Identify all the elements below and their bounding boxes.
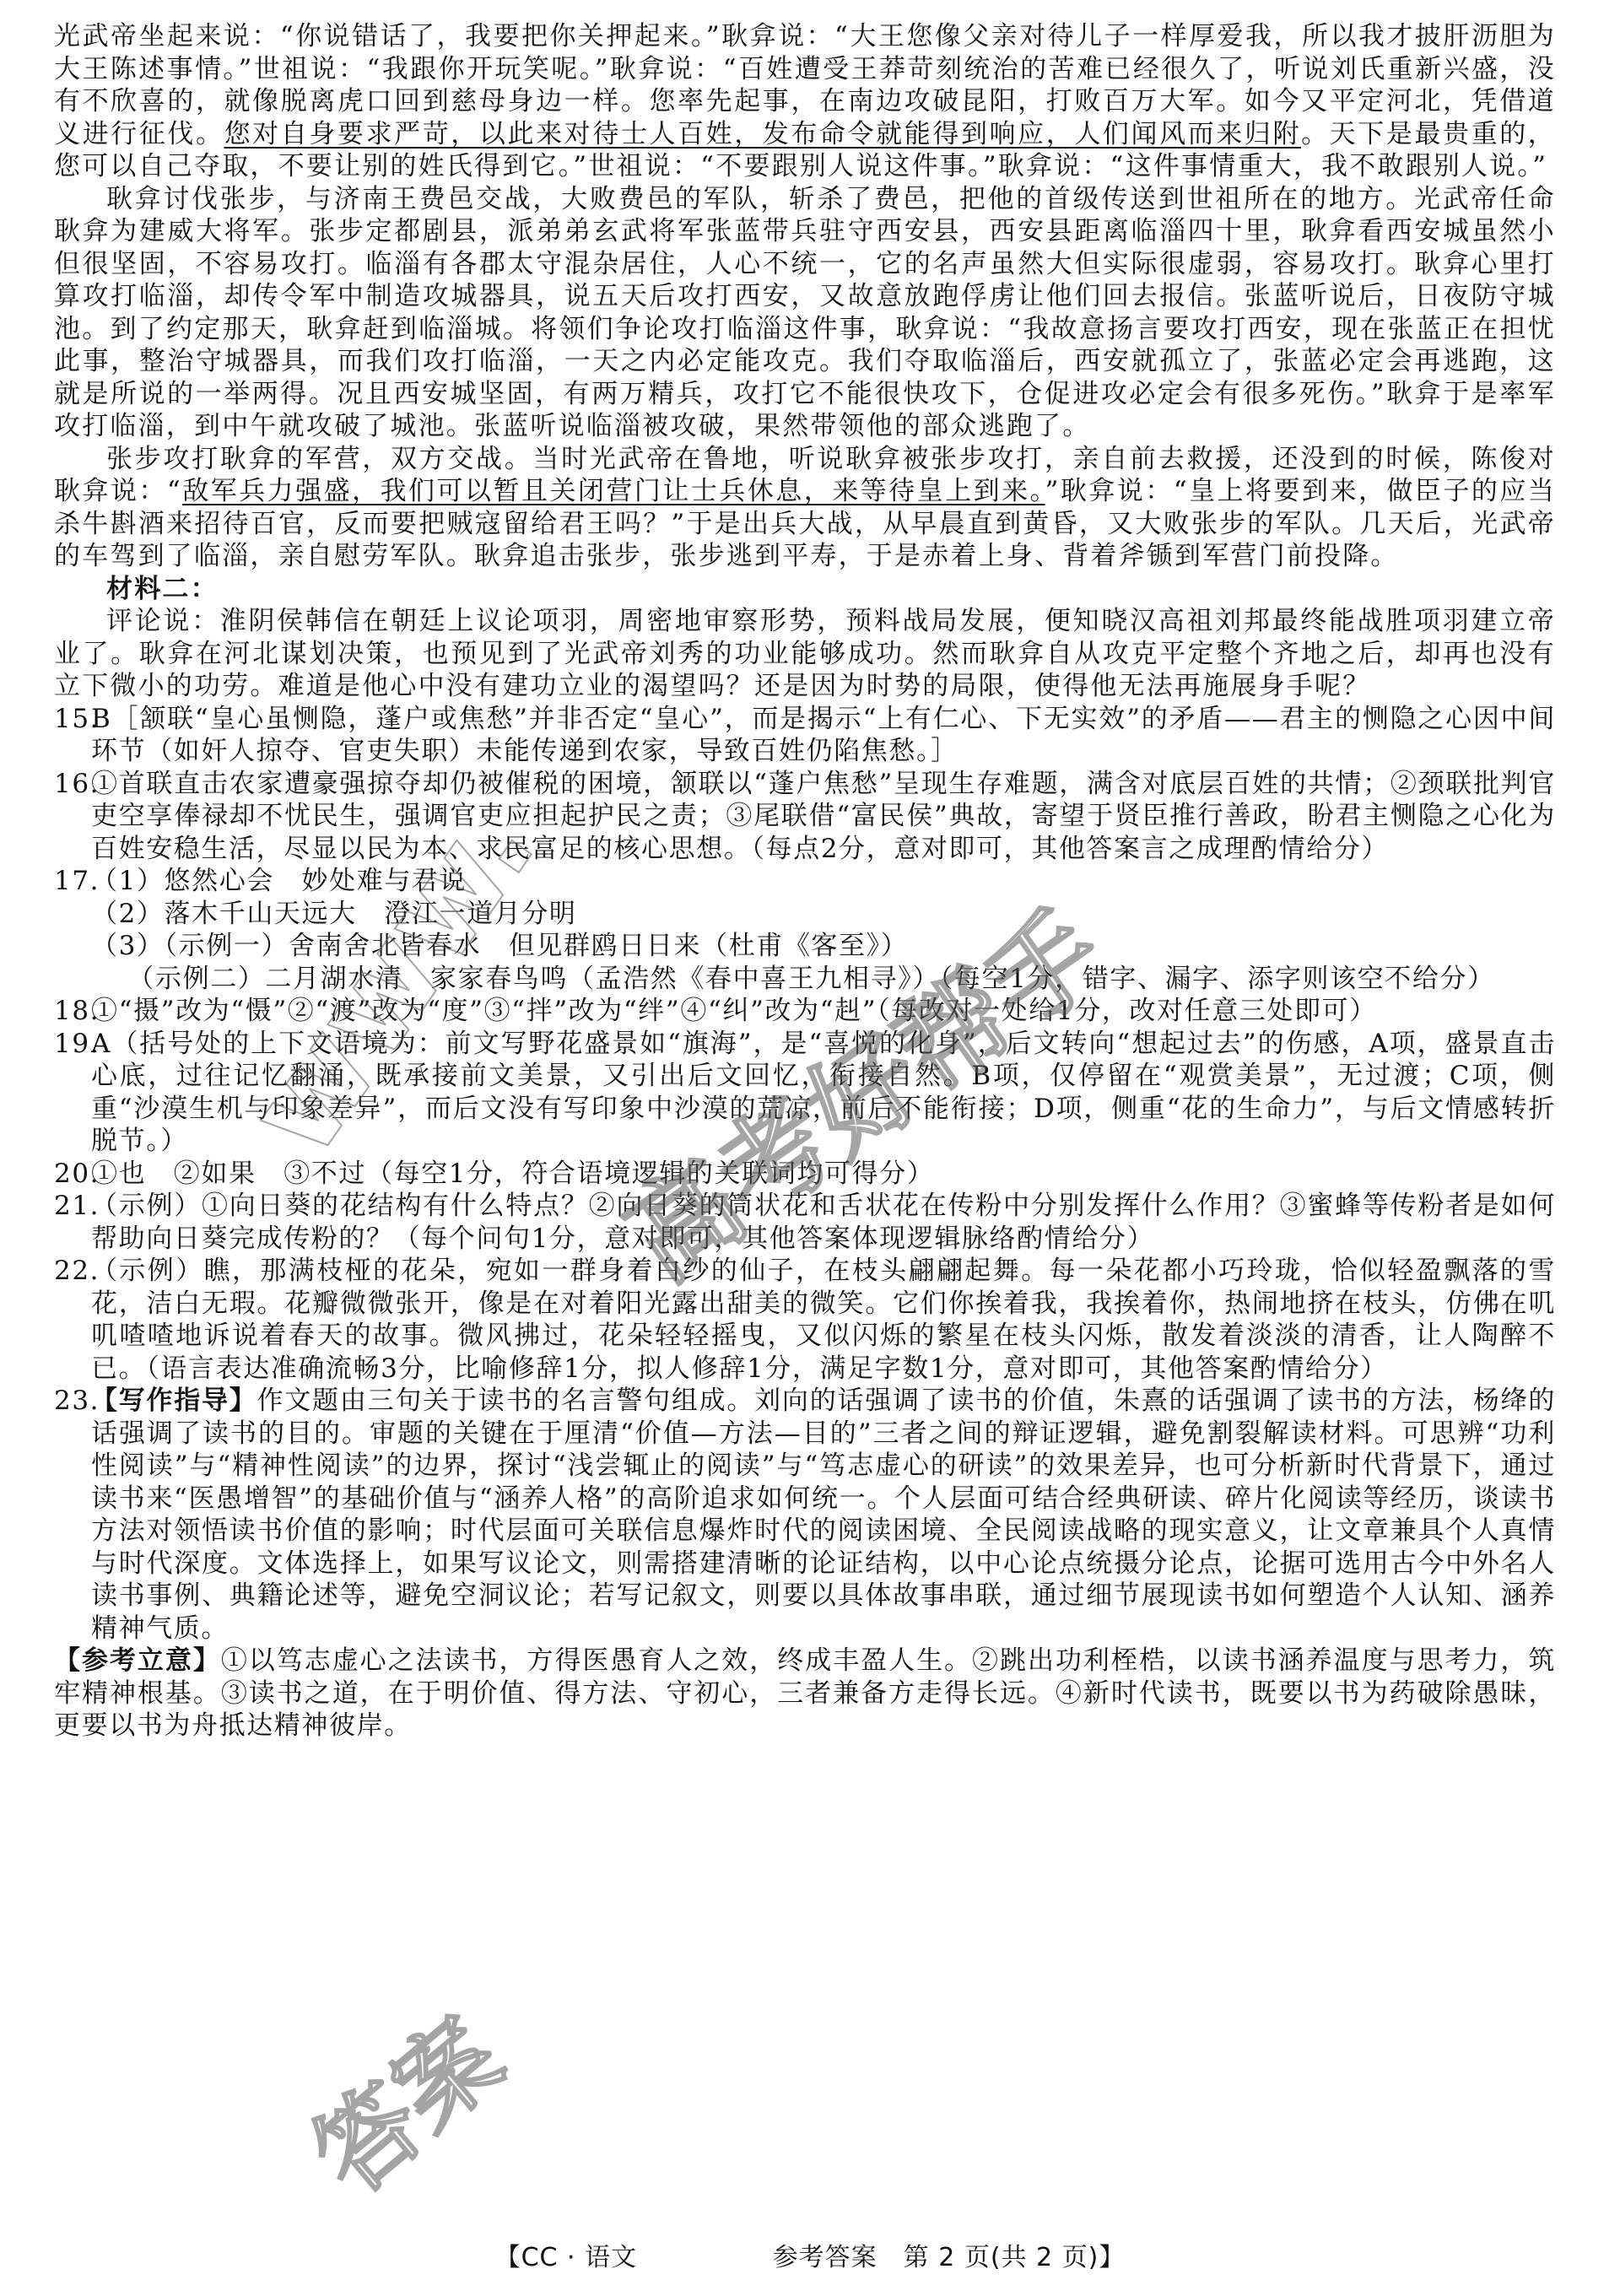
answer-22: 22. （示例）瞧，那满枝桠的花朵，宛如一群身着白纱的仙子，在枝头翩翩起舞。每一… — [54, 1255, 1556, 1385]
answer-list: 15. B［颔联“皇心虽恻隐，蓬户或焦愁”并非否定“皇心”，而是揭示“上有仁心、… — [54, 703, 1556, 1742]
paragraph-3: 张步攻打耿弇的军营，双方交战。当时光武帝在鲁地，听说耿弇被张步攻打，亲自前去救援… — [54, 443, 1556, 573]
question-number: 16. — [54, 768, 91, 866]
answer-text: （示例二）二月湖水清 家家春鸟鸣（孟浩然《春中喜王九相寻》）（每空1分，错字、漏… — [91, 963, 1556, 996]
writing-guidance: 【写作指导】作文题由三句关于读书的名言警句组成。刘向的话强调了读书的价值，朱熹的… — [91, 1385, 1556, 1645]
footer-subject-code: 【CC · 语文 — [495, 2236, 638, 2273]
answer-19: 19. A（括号处的上下文语境为：前文写野花盛景如“旗海”，是“喜悦的化身”，后… — [54, 1028, 1556, 1158]
question-number: 18. — [54, 995, 91, 1028]
watermark: 答案 — [278, 1980, 526, 2221]
answer-15: 15. B［颔联“皇心虽恻隐，蓬户或焦愁”并非否定“皇心”，而是揭示“上有仁心、… — [54, 703, 1556, 768]
answer-text: A（括号处的上下文语境为：前文写野花盛景如“旗海”，是“喜悦的化身”，后文转向“… — [91, 1028, 1556, 1158]
section-label: 【参考立意】 — [54, 1645, 221, 1676]
underlined-sentence: 您对自身要求严苛，以此来对待士人百姓，发布命令就能得到响应，人们闻风而来归附 — [224, 119, 1302, 149]
answer-text: （示例）瞧，那满枝桠的花朵，宛如一群身着白纱的仙子，在枝头翩翩起舞。每一朵花都小… — [91, 1255, 1556, 1385]
page-footer: 【CC · 语文 参考答案 第 2 页(共 2 页)】 — [0, 2236, 1620, 2273]
answer-text: （示例）①向日葵的花结构有什么特点？②向日葵的筒状花和舌状花在传粉中分别发挥什么… — [91, 1190, 1556, 1255]
answer-text: （2）落木千山天远大 澄江一道月分明 — [91, 898, 1556, 931]
material-two-heading: 材料二： — [54, 573, 1556, 606]
question-number: 20. — [54, 1158, 91, 1191]
answer-text: 作文题由三句关于读书的名言警句组成。刘向的话强调了读书的价值，朱熹的话强调了读书… — [91, 1386, 1556, 1644]
underlined-sentence: 敌军兵力强盛，我们可以暂且关闭营门让士兵休息，来等待皇上到来。 — [182, 476, 1045, 506]
answer-text: ①首联直击农家遭豪强掠夺却仍被催税的困境，颔联以“蓬户焦愁”呈现生存难题，满含对… — [91, 768, 1556, 866]
answer-text: ①以笃志虚心之法读书，方得医愚育人之效，终成丰盈人生。②跳出功利桎梏，以读书涵养… — [54, 1645, 1556, 1741]
reference-theme: 【参考立意】①以笃志虚心之法读书，方得医愚育人之效，终成丰盈人生。②跳出功利桎梏… — [54, 1645, 1556, 1742]
paragraph-2: 耿弇讨伐张步，与济南王费邑交战，大败费邑的军队，斩杀了费邑，把他的首级传送到世祖… — [54, 183, 1556, 443]
answer-18: 18. ①“摄”改为“慑”②“渡”改为“度”③“拌”改为“绊”④“纠”改为“赳”… — [54, 995, 1556, 1028]
answer-text: （1）悠然心会 妙处难与君说 — [91, 865, 1556, 898]
paragraph-1: 光武帝坐起来说：“你说错话了，我要把你关押起来。”耿弇说：“大王您像父亲对待儿子… — [54, 20, 1556, 183]
footer-page-info: 参考答案 第 2 页(共 2 页)】 — [773, 2243, 1126, 2272]
answer-23: 23. 【写作指导】作文题由三句关于读书的名言警句组成。刘向的话强调了读书的价值… — [54, 1385, 1556, 1742]
document-page: 光武帝坐起来说：“你说错话了，我要把你关押起来。”耿弇说：“大王您像父亲对待儿子… — [54, 20, 1556, 1742]
answer-text: ①也 ②如果 ③不过（每空1分，符合语境逻辑的关联词均可得分） — [91, 1158, 1556, 1191]
text-segment: 耿弇讨伐张步，与济南王费邑交战，大败费邑的军队，斩杀了费邑，把他的首级传送到世祖… — [54, 184, 1556, 442]
answer-20: 20. ①也 ②如果 ③不过（每空1分，符合语境逻辑的关联词均可得分） — [54, 1158, 1556, 1191]
material-one-passage: 光武帝坐起来说：“你说错话了，我要把你关押起来。”耿弇说：“大王您像父亲对待儿子… — [54, 20, 1556, 703]
question-number: 21. — [54, 1190, 91, 1255]
answer-text: ①“摄”改为“慑”②“渡”改为“度”③“拌”改为“绊”④“纠”改为“赳”（每改对… — [91, 995, 1556, 1028]
answer-text: B［颔联“皇心虽恻隐，蓬户或焦愁”并非否定“皇心”，而是揭示“上有仁心、下无实效… — [91, 703, 1556, 768]
question-number: 15. — [54, 703, 91, 768]
question-number: 22. — [54, 1255, 91, 1385]
answer-21: 21. （示例）①向日葵的花结构有什么特点？②向日葵的筒状花和舌状花在传粉中分别… — [54, 1190, 1556, 1255]
question-number: 17. — [54, 865, 91, 995]
answer-17: 17. （1）悠然心会 妙处难与君说 （2）落木千山天远大 澄江一道月分明 （3… — [54, 865, 1556, 995]
answer-text: （3）（示例一）舍南舍北皆春水 但见群鸥日日来（杜甫《客至》） — [91, 930, 1556, 963]
section-label: 【写作指导】 — [91, 1386, 257, 1416]
answer-16: 16. ①首联直击农家遭豪强掠夺却仍被催税的困境，颔联以“蓬户焦愁”呈现生存难题… — [54, 768, 1556, 866]
question-number: 19. — [54, 1028, 91, 1158]
material-two-paragraph: 评论说：淮阴侯韩信在朝廷上议论项羽，周密地审察形势，预料战局发展，便知晓汉高祖刘… — [54, 605, 1556, 703]
